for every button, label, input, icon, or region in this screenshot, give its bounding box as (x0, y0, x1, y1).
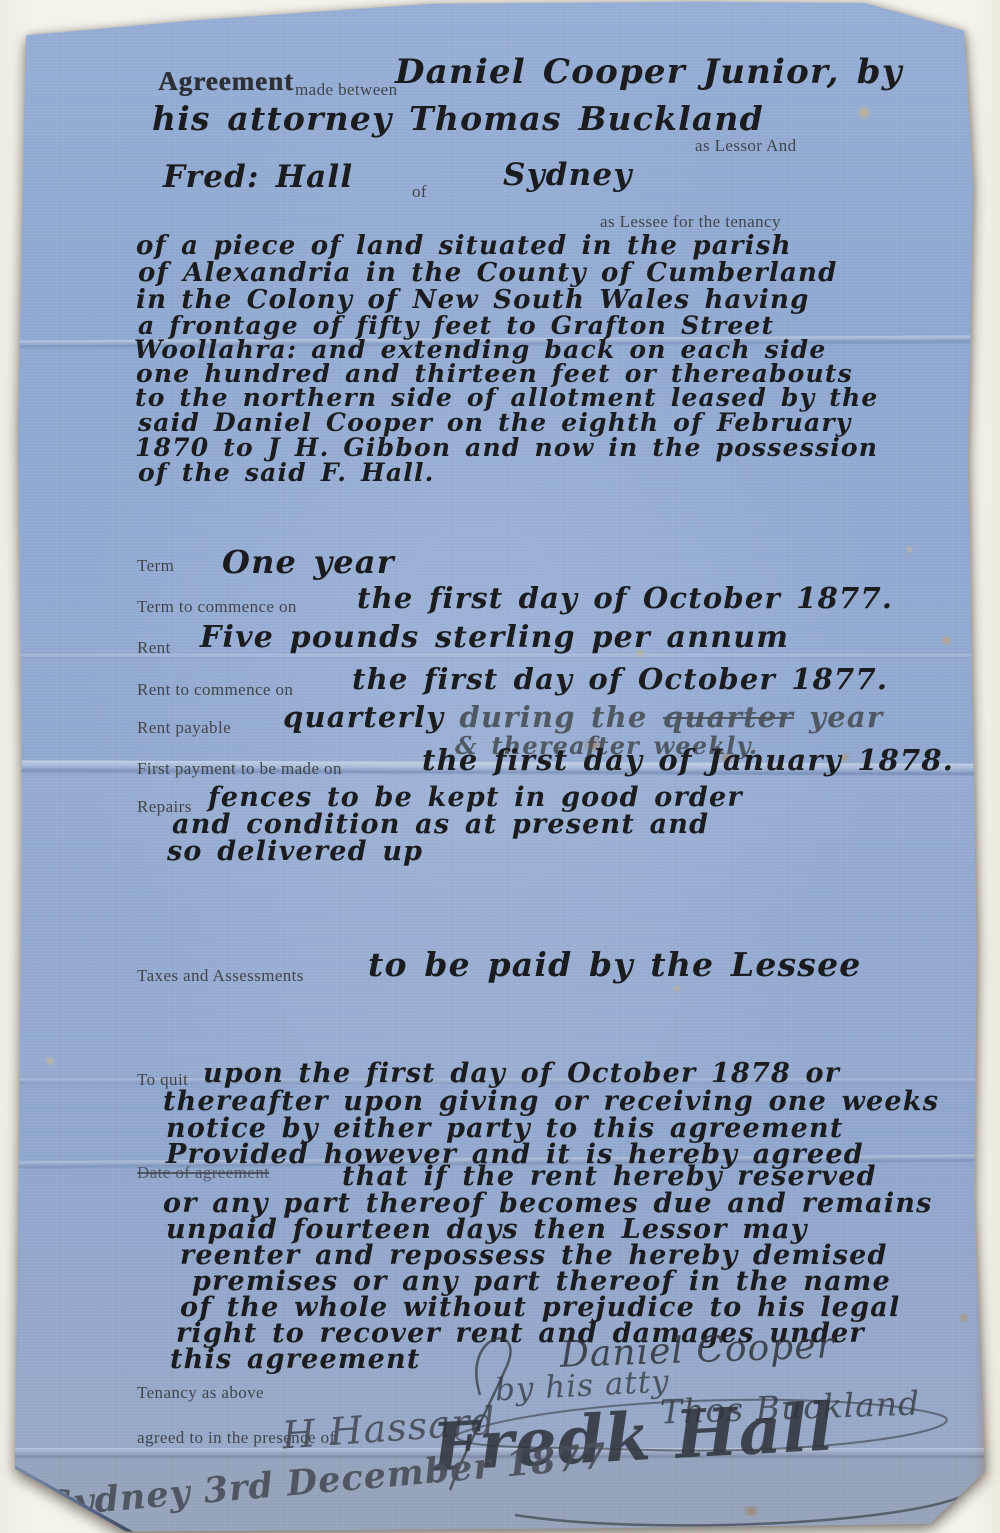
handwritten-lessee-name: Fred: Hall (163, 159, 353, 195)
stain-spot (44, 1056, 56, 1066)
document-paper: Agreement made between as Lessor And of … (0, 0, 1000, 1533)
to-quit-line: this agreement (170, 1344, 421, 1375)
handwritten-rent-payable-value: quarterly during the quarter year (283, 700, 883, 734)
printed-label-agreement: Agreement (158, 66, 294, 97)
printed-label-as-lessee: as Lessee for the tenancy (600, 212, 781, 232)
printed-label-tenancy-as-above: Tenancy as above (137, 1383, 264, 1403)
printed-label-term-commence: Term to commence on (137, 597, 297, 617)
rent-payable-during: during the (460, 700, 648, 734)
handwritten-rent-value: Five pounds sterling per annum (200, 620, 789, 655)
printed-label-as-lessor: as Lessor And (695, 136, 797, 156)
rent-payable-main: quarterly (283, 700, 444, 734)
stain-spot (940, 635, 953, 646)
printed-label-rent-payable: Rent payable (137, 718, 231, 738)
property-line: of the said F. Hall. (138, 458, 435, 487)
printed-label-first-payment: First payment to be made on (137, 759, 342, 779)
printed-label-term: Term (137, 556, 174, 576)
handwritten-rent-commence-value: the first day of October 1877. (352, 662, 888, 696)
scan-background: { "document": { "header": { "agreement":… (0, 0, 1000, 1533)
property-line: of a piece of land situated in the paris… (136, 231, 792, 261)
deckle-edge-right (974, 0, 1000, 1533)
stain-spot (672, 984, 682, 993)
printed-label-of: of (412, 182, 427, 202)
to-quit-line: upon the first day of October 1878 or (203, 1058, 840, 1089)
paper-shadow-wrap: Agreement made between as Lessor And of … (0, 0, 1000, 1533)
handwritten-term-commence-value: the first day of October 1877. (357, 581, 893, 615)
printed-label-made-between: made between (295, 80, 398, 100)
stain-spot (740, 1506, 762, 1516)
printed-label-rent: Rent (137, 638, 171, 658)
handwritten-lessor-name: Daniel Cooper Junior, by (395, 52, 903, 92)
repairs-line: so delivered up (167, 836, 423, 867)
handwritten-lessee-place: Sydney (503, 157, 633, 193)
rent-payable-struck-word: quarter (663, 700, 794, 734)
stain-spot (958, 1312, 970, 1324)
stain-spot (855, 106, 873, 120)
property-line: of Alexandria in the County of Cumberlan… (138, 258, 838, 288)
handwritten-term-value: One year (222, 543, 395, 581)
printed-label-rent-commence: Rent to commence on (137, 680, 293, 700)
rent-payable-year: year (809, 700, 883, 734)
handwritten-lessor-attorney: his attorney Thomas Buckland (152, 99, 764, 138)
stain-spot (905, 545, 914, 554)
printed-label-taxes: Taxes and Assessments (137, 966, 304, 986)
handwritten-taxes-value: to be paid by the Lessee (368, 945, 861, 984)
handwritten-first-payment-value: the first day of January 1878. (422, 743, 954, 777)
